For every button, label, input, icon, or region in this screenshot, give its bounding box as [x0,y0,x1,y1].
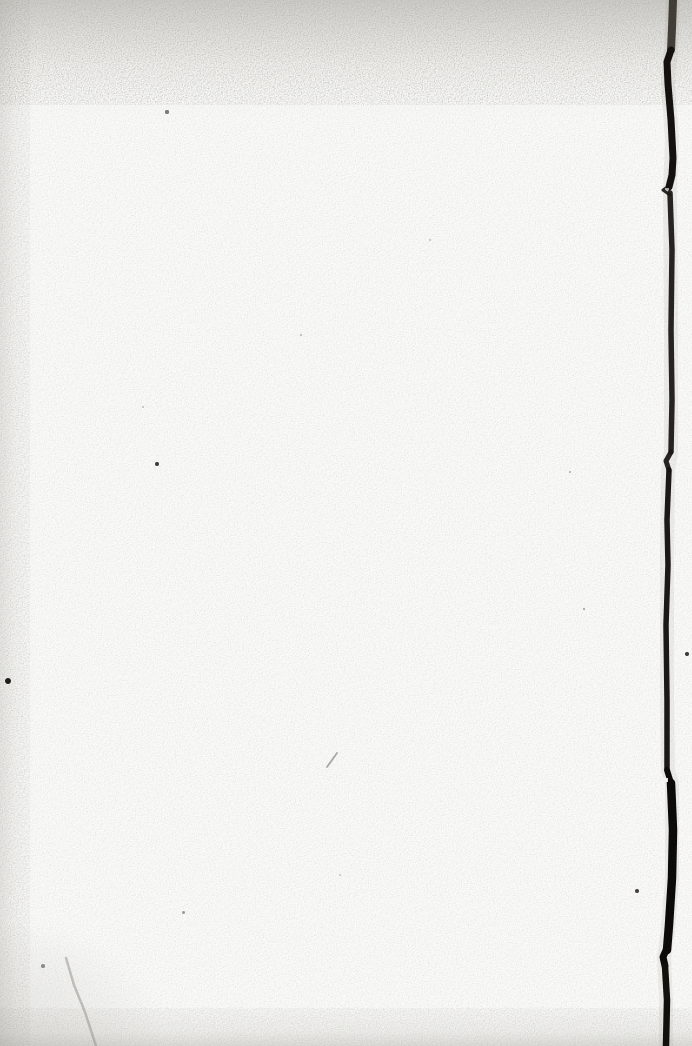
binding-line-segment [670,193,672,452]
binding-line [0,0,692,1046]
crease-mark [66,958,96,1046]
binding-line-segment [665,966,667,1046]
binding-line-highlight [662,778,668,782]
binding-line-segment [671,0,673,50]
binding-line-highlight [665,188,669,190]
binding-line-segment [666,470,669,770]
scanned-page [0,0,692,1046]
crease-mark [327,753,337,767]
